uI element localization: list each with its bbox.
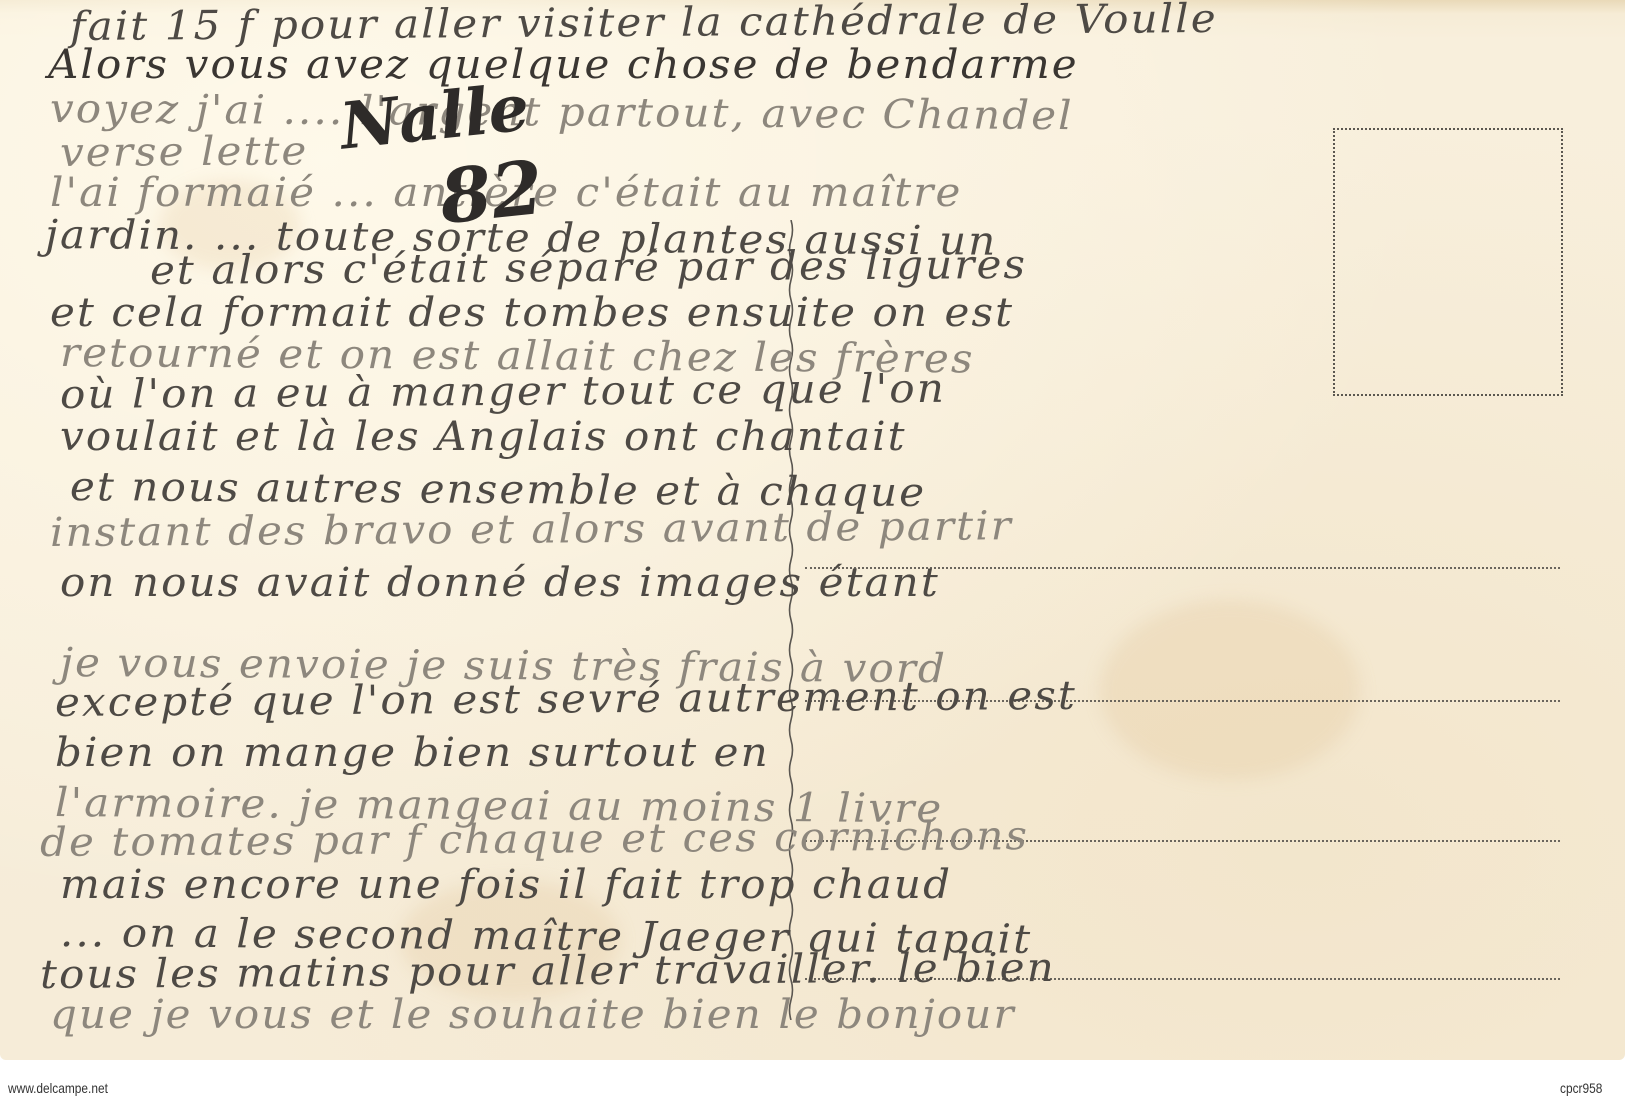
postcard-back: fait 15 f pour aller visiter la cathédra… <box>0 0 1625 1060</box>
handwritten-line: et cela formait des tombes ensuite on es… <box>50 290 1014 336</box>
handwritten-line: bien on mange bien surtout en <box>55 730 770 776</box>
handwritten-line: de tomates par f chaque et ces cornichon… <box>40 813 1029 866</box>
handwritten-line: on nous avait donné des images étant <box>60 560 940 606</box>
pencil-annotation: 82 <box>436 145 547 241</box>
handwritten-line: mais encore une fois il fait trop chaud <box>60 862 952 908</box>
watermark-id: cpcr958 <box>1560 1080 1602 1096</box>
handwritten-line: instant des bravo et alors avant de part… <box>50 503 1013 556</box>
handwritten-line: que je vous et le souhaite bien le bonjo… <box>50 992 1016 1038</box>
handwritten-line: tous les matins pour aller travailler. l… <box>40 945 1056 998</box>
paper-stain <box>1100 600 1360 780</box>
handwritten-line: verse lette <box>60 128 309 176</box>
stamp-placeholder-box <box>1333 128 1563 396</box>
handwritten-line: Alors vous avez quelque chose de bendarm… <box>48 42 1079 88</box>
handwritten-line: où l'on a eu à manger tout ce que l'on <box>60 366 946 418</box>
handwritten-line: et alors c'était séparé par des ligures <box>150 242 1027 294</box>
handwritten-line: voulait et là les Anglais ont chantait <box>60 414 907 460</box>
watermark-site: www.delcampe.net <box>8 1080 108 1096</box>
handwritten-line: excepté que l'on est sevré autrement on … <box>55 673 1077 726</box>
